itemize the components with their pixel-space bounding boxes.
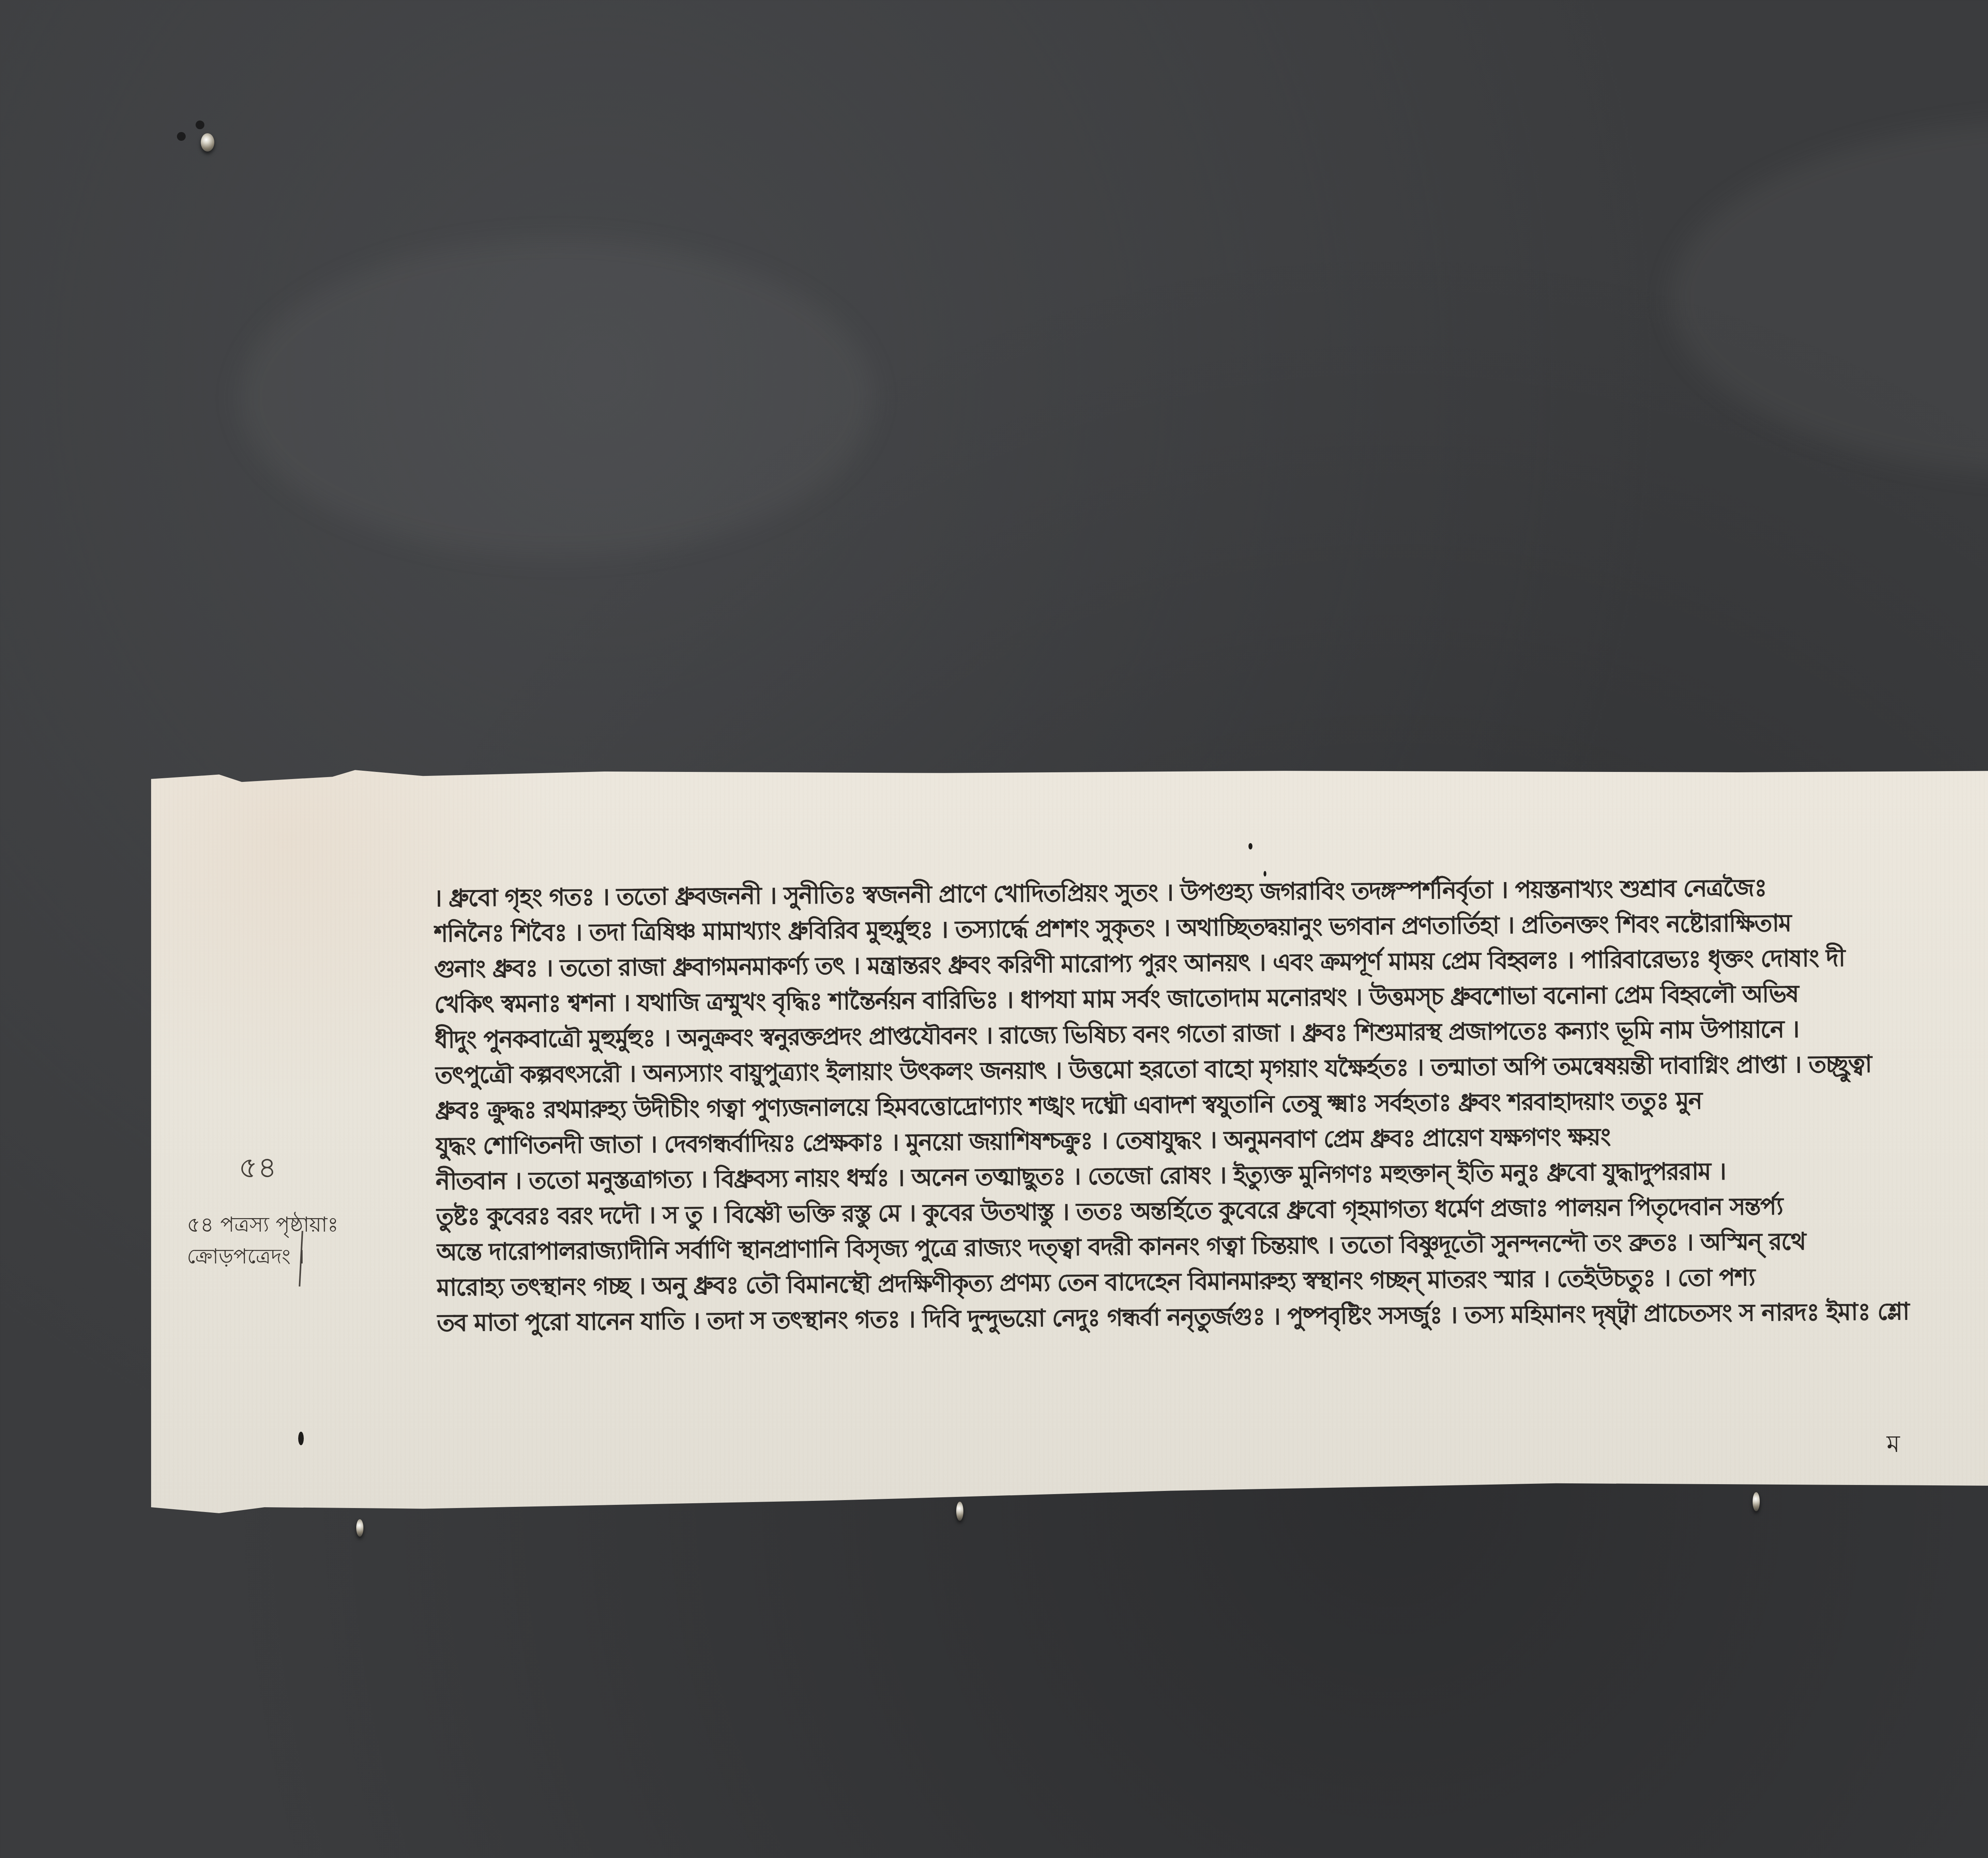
ink-dot xyxy=(1248,843,1252,849)
mounting-pin xyxy=(1753,1492,1760,1511)
bottom-signature-mark: ম xyxy=(1887,1426,1900,1465)
mounting-pin xyxy=(201,133,214,152)
margin-note-line: ক্রোড়পত্রেদং । xyxy=(187,1241,338,1273)
margin-note-line: ৫৪ পত্রস্য পৃষ্ঠায়াঃ xyxy=(187,1209,338,1241)
board-scuff xyxy=(1670,119,1988,477)
ink-dot xyxy=(298,1432,304,1445)
mounting-pin xyxy=(956,1502,963,1521)
pin-hole xyxy=(177,132,186,141)
main-text-block: । ধ্রুবো গৃহং গতঃ । ততো ধ্রুবজননী । সুনী… xyxy=(433,867,1988,1341)
pin-hole xyxy=(196,120,204,129)
left-margin-note: ৫৪ পত্রস্য পৃষ্ঠায়াঃ ক্রোড়পত্রেদং । xyxy=(187,1209,338,1273)
mounting-pin xyxy=(356,1519,363,1537)
folio-number: ৫৪ xyxy=(239,1145,277,1194)
board-scuff xyxy=(239,239,875,557)
